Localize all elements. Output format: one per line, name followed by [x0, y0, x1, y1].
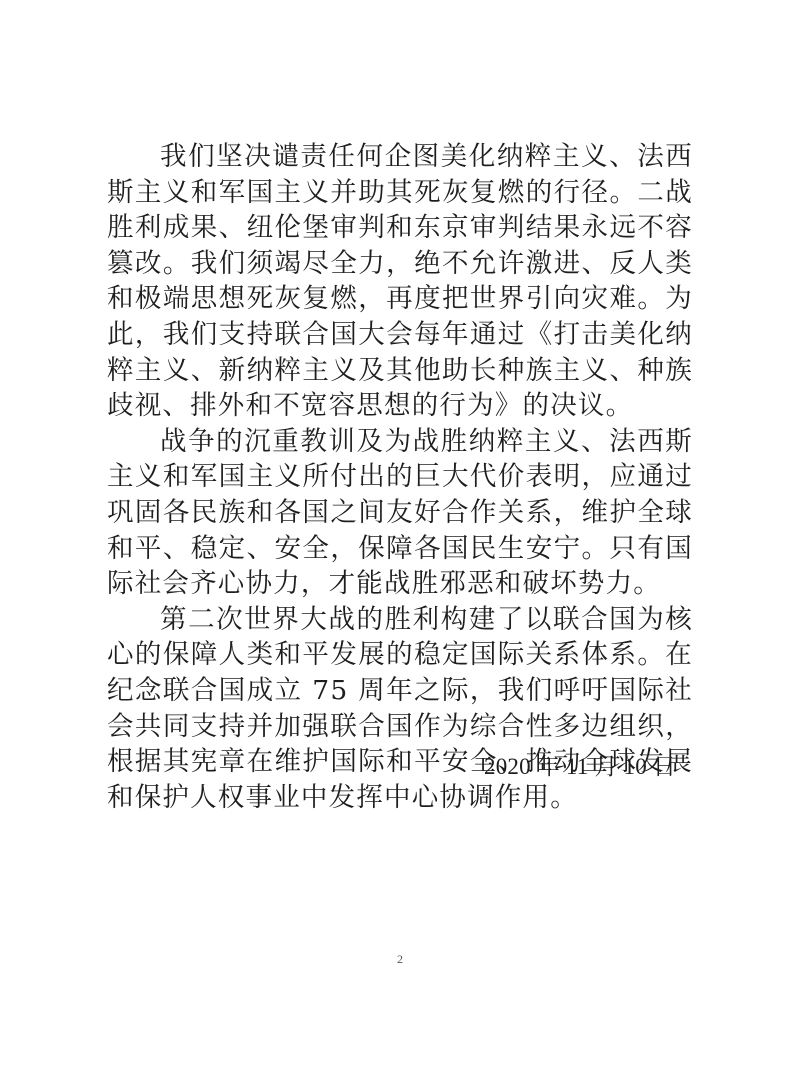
document-date: 2020 年 11 月 10 日 — [484, 752, 676, 782]
paragraph-un-central-role: 第二次世界大战的胜利构建了以联合国为核心的保障人类和平发展的稳定国际关系体系。在… — [107, 602, 693, 816]
document-body: 我们坚决谴责任何企图美化纳粹主义、法西斯主义和军国主义并助其死灰复燃的行径。二战… — [107, 139, 693, 815]
document-page: 我们坚决谴责任何企图美化纳粹主义、法西斯主义和军国主义并助其死灰复燃的行径。二战… — [0, 0, 800, 1067]
paragraph-lessons-of-war: 战争的沉重教训及为战胜纳粹主义、法西斯主义和军国主义所付出的巨大代价表明，应通过… — [107, 424, 693, 602]
page-number: 2 — [0, 952, 800, 967]
paragraph-condemn-nazism: 我们坚决谴责任何企图美化纳粹主义、法西斯主义和军国主义并助其死灰复燃的行径。二战… — [107, 139, 693, 424]
